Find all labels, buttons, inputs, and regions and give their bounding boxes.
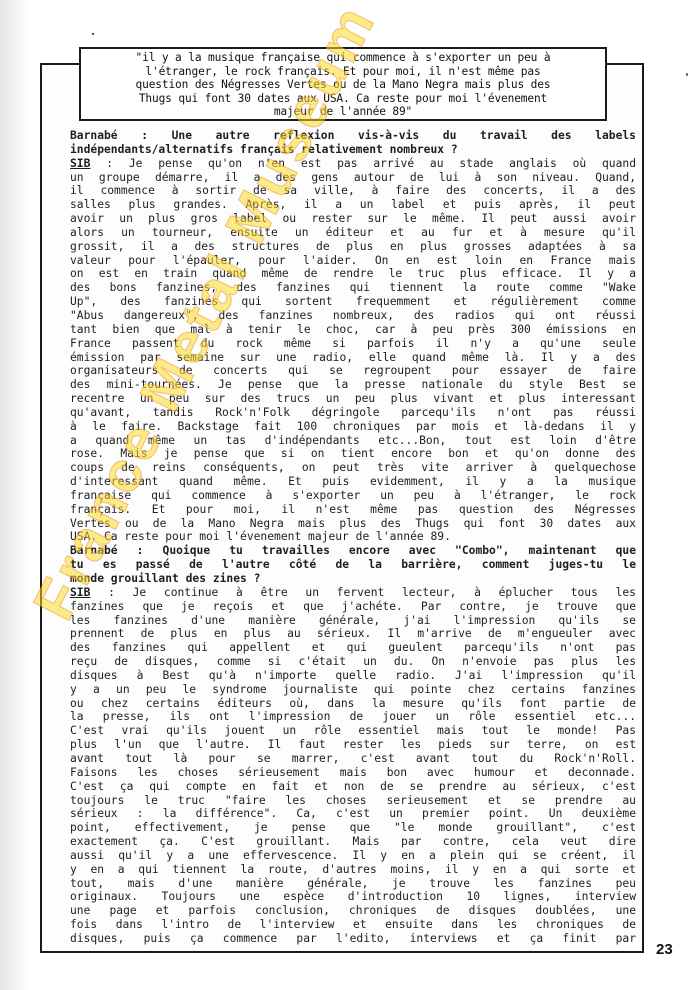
answer-line: Faisons les choses sérieusement mais bon…	[70, 766, 636, 780]
question-line: indépendants/alternatifs français relati…	[70, 143, 636, 157]
answer-line: reçu de disques, comme si c'était un du.…	[70, 655, 636, 669]
page-number: 23	[656, 941, 673, 958]
answer-line: fois dans l'intro de l'interview et ensu…	[70, 918, 636, 932]
question-line: monde grouillant des zines ?	[70, 572, 636, 586]
answer-text: : Je continue à être un fervent lecteur,…	[90, 586, 636, 599]
page-scan-shadow	[0, 0, 28, 990]
answer-first-line: SIB : Je continue à être un fervent lect…	[70, 586, 636, 600]
answer-line: des mini-tournées. Je pense que la press…	[70, 378, 636, 392]
answer-first-line: SIB : Je pense qu'on n'en est pas arrivé…	[70, 157, 636, 171]
answer-line: à le faire. Backstage fait 100 chronique…	[70, 420, 636, 434]
answer-line: y en a qui tiennent la route, d'autres m…	[70, 863, 636, 877]
pull-quote-line: "il y a la musique française qui commenc…	[87, 51, 599, 65]
answer-line: avoir un plus gros label ou rester sur l…	[70, 212, 636, 226]
scan-speck	[686, 73, 688, 76]
answer-line: France passent du rock même si parfois i…	[70, 337, 636, 351]
answer-line: qu'avant, tandis Rock'n'Folk dégringole …	[70, 406, 636, 420]
answer-line: a quand même un tas d'indépendants etc..…	[70, 434, 636, 448]
answer-line: française qui commence à s'exporter un p…	[70, 489, 636, 503]
pull-quote: "il y a la musique française qui commenc…	[79, 47, 607, 121]
answer-line: C'est vrai qu'ils jouent un rôle essenti…	[70, 724, 636, 738]
question-line: tu es passé de l'autre côté de la barriè…	[70, 558, 636, 572]
speaker-label: SIB	[70, 586, 90, 599]
answer-block: fanzines que je reçois et que j'achéte. …	[70, 600, 636, 946]
answer-line: originaux. Toujours une espèce d'introdu…	[70, 890, 636, 904]
answer-line: salles plus grandes. Après, il a un labe…	[70, 198, 636, 212]
answer-line: toujours le truc "faire les choses serie…	[70, 794, 636, 808]
answer-line: la presse, ils ont l'impression de jouer…	[70, 710, 636, 724]
speaker-label: SIB	[70, 157, 90, 170]
answer-line: exactement ça. C'est grouillant. Mais pa…	[70, 835, 636, 849]
answer-line: point, effectivement, je pense que "le m…	[70, 821, 636, 835]
answer-line: organisateurs de concerts qui se regroup…	[70, 364, 636, 378]
answer-line: recentre un peu sur des trucs un peu plu…	[70, 392, 636, 406]
answer-line: aussi qu'il y a une effervescence. Il y …	[70, 849, 636, 863]
answer-line: "Abus dangereux", des fanzines nombreux,…	[70, 309, 636, 323]
answer-line: d'interessant quand même. Et puis evidem…	[70, 475, 636, 489]
answer-line: disques à Best qu'à n'importe quelle rad…	[70, 669, 636, 683]
answer-line: français. Et pour moi, il n'est même pas…	[70, 503, 636, 517]
answer-line: alors un tourneur, ensuite un éditeur et…	[70, 226, 636, 240]
answer-line: des bons fanzines, des fanzines qui tien…	[70, 281, 636, 295]
answer-line: un groupe démarre, il a des gens autour …	[70, 171, 636, 185]
answer-line: Vertes ou de la Mano Negra mais plus des…	[70, 517, 636, 531]
answer-line: y a un peu le syndrome journaliste qui p…	[70, 683, 636, 697]
answer-line: ou chez certains éditeurs où, dans la me…	[70, 697, 636, 711]
answer-line: une page et parfois conclusion, chroniqu…	[70, 904, 636, 918]
answer-line: rose. Mais je pense que si on tient enco…	[70, 447, 636, 461]
answer-block: un groupe démarre, il a des gens autour …	[70, 171, 636, 545]
pull-quote-line: l'étranger, le rock français. Et pour mo…	[87, 65, 599, 79]
question-line: Barnabé : Une autre reflexion vis-à-vis …	[70, 129, 636, 143]
answer-line: disques, puis ça commence par l'edito, i…	[70, 932, 636, 946]
answer-line: prennent de plus en plus au sérieux. Il …	[70, 627, 636, 641]
answer-text: : Je pense qu'on n'en est pas arrivé au …	[90, 157, 636, 170]
answer-line: il commence à sortir de sa ville, à fair…	[70, 184, 636, 198]
pull-quote-line: question des Négresses Vertes ou de la M…	[87, 78, 599, 92]
scan-speck	[92, 33, 94, 35]
answer-line: C'est ça qui compte en fait et non de se…	[70, 780, 636, 794]
answer-line: les fanzines d'une manière générale, j'a…	[70, 614, 636, 628]
answer-line: tout, mais d'une manière générale, je tr…	[70, 877, 636, 891]
answer-line: fanzines que je reçois et que j'achéte. …	[70, 600, 636, 614]
answer-line: on est en train quand même de rendre le …	[70, 267, 636, 281]
pull-quote-line: Thugs qui font 30 dates aux USA. Ca rest…	[87, 92, 599, 106]
answer-line: USA. Ca reste pour moi l'évenement majeu…	[70, 530, 636, 544]
answer-line: Up", des fanzines qui sortent frequemmen…	[70, 295, 636, 309]
answer-line: avant tout là pour se marrer, c'est avan…	[70, 752, 636, 766]
answer-line: tant bien que mal à tenir le choc, car à…	[70, 323, 636, 337]
answer-line: valeur pour l'épauler, pour l'aider. On …	[70, 254, 636, 268]
interview-body: Barnabé : Une autre reflexion vis-à-vis …	[70, 129, 636, 946]
answer-line: grossit, il a des structures de plus en …	[70, 240, 636, 254]
answer-line: coups de reins conséquents, on peut très…	[70, 461, 636, 475]
question-line: Barnabé : Quoique tu travailles encore a…	[70, 544, 636, 558]
answer-line: des fanzines qui appellent et qui gueule…	[70, 641, 636, 655]
answer-line: plus l'un que l'autre. Il faut rester le…	[70, 738, 636, 752]
pull-quote-line: majeur de l'année 89"	[87, 105, 599, 119]
answer-line: émission par semaine sur une radio, elle…	[70, 351, 636, 365]
answer-line: sérieux : la différence". Ca, c'est un p…	[70, 807, 636, 821]
